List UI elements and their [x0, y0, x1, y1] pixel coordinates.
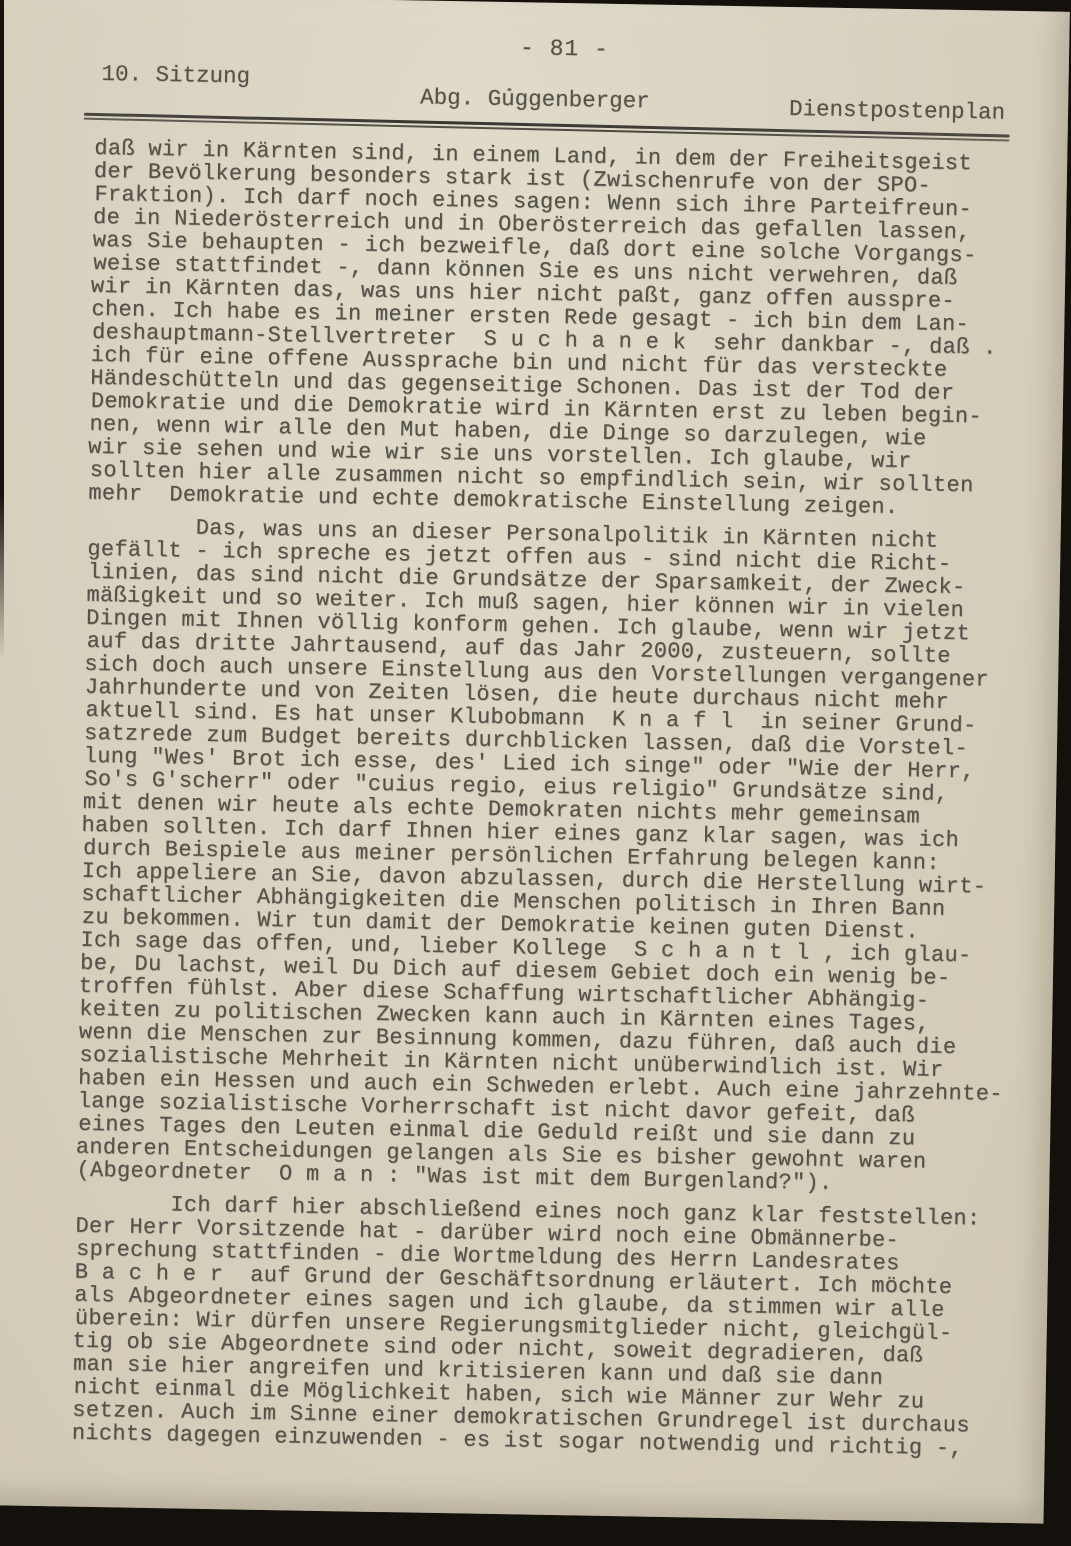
paragraph: daß wir in Kärnten sind, in einem Land, …: [88, 137, 1034, 521]
scan-edge-left: [0, 0, 4, 660]
header-speaker-label: Abg. Guggenberger: [420, 85, 650, 115]
document-page: - 81 - 10. Sitzung Abg. Guggenberger Die…: [0, 0, 1070, 1524]
paragraph: Das, was uns an dieser Personalpolitik i…: [76, 515, 1027, 1198]
page-header: 10. Sitzung Abg. Guggenberger Dienstpost…: [0, 0, 1070, 142]
scan-background: { "colors":{ "paper":"#d8d1bf", "ink":"#…: [0, 0, 1071, 1546]
header-topic-label: Dienstpostenplan: [789, 96, 1005, 126]
header-session-label: 10. Sitzung: [101, 61, 250, 90]
paragraph: Ich darf hier abschließend eines noch ga…: [72, 1192, 1016, 1461]
text-block: daß wir in Kärnten sind, in einem Land, …: [72, 137, 1035, 1461]
